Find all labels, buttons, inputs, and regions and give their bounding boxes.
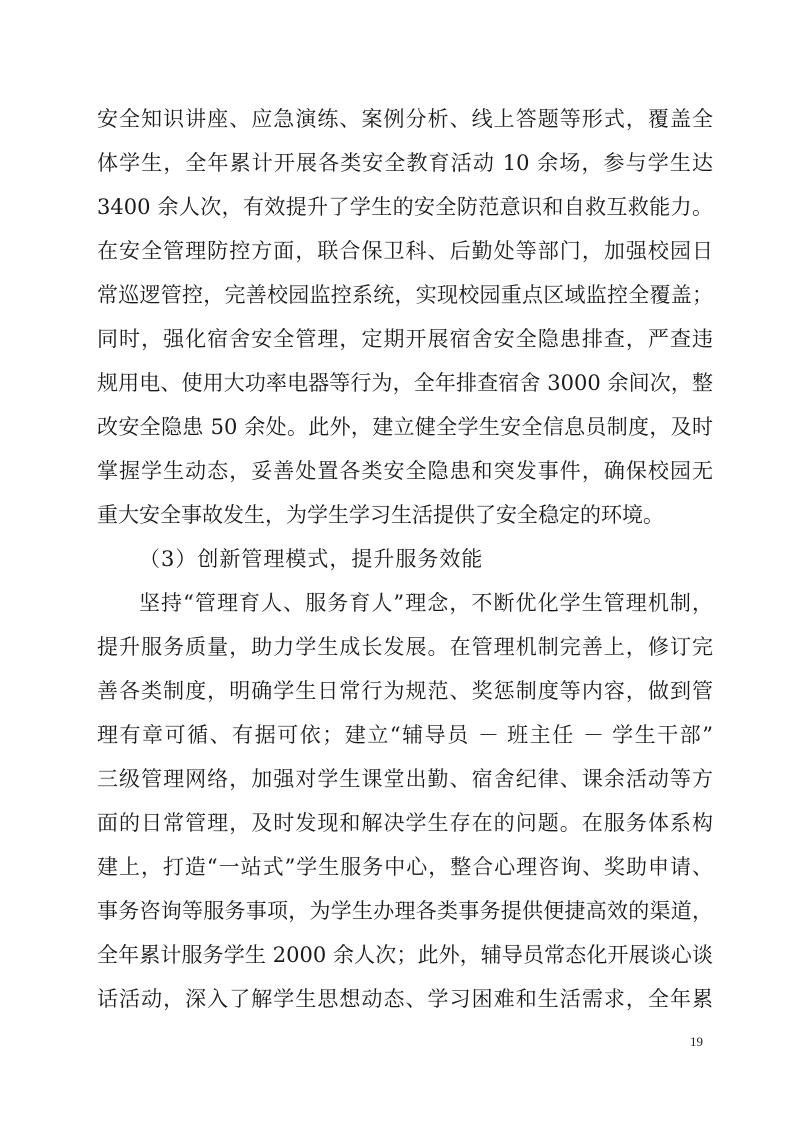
text-line: 3400 余人次，有效提升了学生的安全防范意识和自救互救能力。	[97, 192, 713, 222]
text-line: 三级管理网络，加强对学生课堂出勤、宿舍纪律、课余活动等方	[97, 764, 713, 794]
text-line: 事务咨询等服务事项，为学生办理各类事务提供便捷高效的渠道，	[97, 896, 713, 926]
text-line: 掌握学生动态，妥善处置各类安全隐患和突发事件，确保校园无	[97, 456, 713, 486]
text-line: 建上，打造“一站式”学生服务中心，整合心理咨询、奖助申请、	[97, 852, 713, 882]
text-line: 全年累计服务学生 2000 余人次；此外，辅导员常态化开展谈心谈	[97, 940, 713, 970]
text-line: 体学生，全年累计开展各类安全教育活动 10 余场，参与学生达	[97, 148, 713, 178]
text-line: 同时，强化宿舍安全管理，定期开展宿舍安全隐患排查，严查违	[97, 324, 713, 354]
text-line: 常巡逻管控，完善校园监控系统，实现校园重点区域监控全覆盖；	[97, 280, 713, 310]
text-line: 坚持“管理育人、服务育人”理念，不断优化学生管理机制，	[139, 588, 713, 618]
text-line: 面的日常管理，及时发现和解决学生存在的问题。在服务体系构	[97, 808, 713, 838]
text-line: 安全知识讲座、应急演练、案例分析、线上答题等形式，覆盖全	[97, 104, 713, 134]
section-heading: （3）创新管理模式，提升服务效能	[139, 544, 483, 574]
text-line: 话活动，深入了解学生思想动态、学习困难和生活需求，全年累	[97, 984, 713, 1014]
text-line: 提升服务质量，助力学生成长发展。在管理机制完善上，修订完	[97, 632, 713, 662]
page-number: 19	[690, 1034, 703, 1050]
text-line: 理有章可循、有据可依；建立“辅导员 － 班主任 － 学生干部”	[97, 720, 713, 750]
text-line: 在安全管理防控方面，联合保卫科、后勤处等部门，加强校园日	[97, 236, 713, 266]
text-line: 善各类制度，明确学生日常行为规范、奖惩制度等内容，做到管	[97, 676, 713, 706]
text-line: 规用电、使用大功率电器等行为，全年排查宿舍 3000 余间次，整	[97, 368, 713, 398]
text-line: 重大安全事故发生，为学生学习生活提供了安全稳定的环境。	[97, 500, 713, 530]
text-line: 改安全隐患 50 余处。此外，建立健全学生安全信息员制度，及时	[97, 412, 713, 442]
document-page: 安全知识讲座、应急演练、案例分析、线上答题等形式，覆盖全 体学生，全年累计开展各…	[0, 0, 800, 1132]
